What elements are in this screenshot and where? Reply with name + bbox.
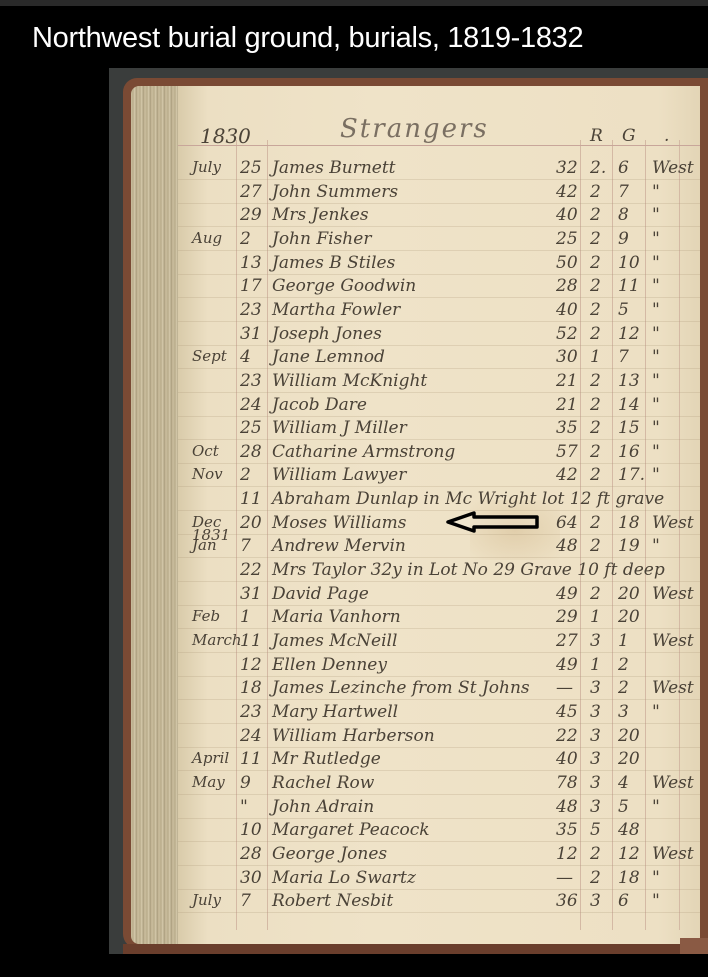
- entry-month: April: [192, 751, 229, 766]
- entry-name: Mrs Taylor 32y in Lot No 29 Grave 10 ft …: [272, 562, 665, 579]
- entry-grave: 15: [618, 420, 640, 437]
- entry-day: 23: [240, 704, 262, 721]
- entry-name: Maria Vanhorn: [272, 609, 401, 626]
- entry-age: 48: [556, 799, 578, 816]
- column-rule-month: [236, 140, 237, 930]
- ruled-line: [178, 534, 700, 535]
- entry-age: 25: [556, 231, 578, 248]
- entry-row: 3: [590, 775, 601, 792]
- entry-section: West: [652, 775, 694, 792]
- ruled-line: [178, 628, 700, 629]
- entry-name: Mary Hartwell: [272, 704, 398, 721]
- entry-row: 3: [590, 633, 601, 650]
- entry-grave: 2: [618, 657, 629, 674]
- entry-row: 3: [590, 893, 601, 910]
- entry-grave: 11: [618, 278, 640, 295]
- page-title: Northwest burial ground, burials, 1819-1…: [32, 22, 583, 55]
- entry-day: 11: [240, 751, 262, 768]
- entry-grave: 4: [618, 775, 629, 792]
- ruled-line: [178, 486, 700, 487]
- column-label-extra: .: [664, 128, 669, 145]
- entry-section: ": [652, 255, 660, 272]
- entry-age: 40: [556, 751, 578, 768]
- entry-age: 49: [556, 586, 578, 603]
- entry-month: May: [192, 775, 225, 790]
- ruled-line: [178, 581, 700, 582]
- entry-section: ": [652, 799, 660, 816]
- entry-name: William J Miller: [272, 420, 407, 437]
- entry-section: ": [652, 870, 660, 887]
- entry-age: 28: [556, 278, 578, 295]
- entry-day: 25: [240, 160, 262, 177]
- entry-day: 13: [240, 255, 262, 272]
- entry-name: Margaret Peacock: [272, 822, 430, 839]
- entry-section: ": [652, 397, 660, 414]
- entry-grave: 7: [618, 349, 629, 366]
- year-heading: 1830: [200, 126, 251, 146]
- entry-row: 2: [590, 373, 601, 390]
- column-rule-row: [612, 140, 613, 930]
- ruled-line: [178, 179, 700, 180]
- entry-age: 30: [556, 349, 578, 366]
- column-label-row: R: [590, 128, 603, 145]
- entry-row: 2: [590, 255, 601, 272]
- entry-age: 22: [556, 728, 578, 745]
- column-label-grave: G: [622, 128, 636, 145]
- entry-row: 2: [590, 302, 601, 319]
- entry-day: 11: [240, 633, 262, 650]
- entry-row: 1: [590, 657, 601, 674]
- entry-age: 45: [556, 704, 578, 721]
- entry-grave: 8: [618, 207, 629, 224]
- entry-day: 20: [240, 515, 262, 532]
- entry-name: George Goodwin: [272, 278, 416, 295]
- ruled-line: [178, 416, 700, 417]
- entry-section: ": [652, 184, 660, 201]
- book-cover-bottom: [123, 944, 708, 954]
- entry-row: 1: [590, 349, 601, 366]
- entry-section: ": [652, 349, 660, 366]
- entry-age: 32: [556, 160, 578, 177]
- entry-name: William Harberson: [272, 728, 435, 745]
- entry-grave: 19: [618, 538, 640, 555]
- entry-grave: 5: [618, 799, 629, 816]
- entry-section: West: [652, 680, 694, 697]
- ruled-line: [178, 250, 700, 251]
- ruled-line: [178, 463, 700, 464]
- entry-age: 21: [556, 373, 578, 390]
- entry-name: James McNeill: [272, 633, 397, 650]
- entry-row: 2: [590, 586, 601, 603]
- entry-name: John Summers: [272, 184, 398, 201]
- entry-grave: 12: [618, 326, 640, 343]
- entry-age: 64: [556, 515, 578, 532]
- ruled-line: [178, 557, 700, 558]
- entry-month: Feb: [192, 609, 220, 624]
- ruled-line: [178, 345, 700, 346]
- entry-name: James Burnett: [272, 160, 396, 177]
- ruled-line: [178, 841, 700, 842]
- entry-day: 12: [240, 657, 262, 674]
- page-edges: [131, 86, 179, 944]
- entry-age: 49: [556, 657, 578, 674]
- ruled-line: [178, 818, 700, 819]
- entry-section: ": [652, 278, 660, 295]
- ruled-line: [178, 723, 700, 724]
- entry-grave: 48: [618, 822, 640, 839]
- entry-age: 78: [556, 775, 578, 792]
- entry-row: 2: [590, 467, 601, 484]
- entry-name: Jane Lemnod: [272, 349, 385, 366]
- entry-day: 10: [240, 822, 262, 839]
- entry-grave: 17.: [618, 467, 645, 484]
- entry-section: West: [652, 586, 694, 603]
- ruled-line: [178, 865, 700, 866]
- entry-row: 2: [590, 231, 601, 248]
- entry-row: 2: [590, 184, 601, 201]
- entry-day: 7: [240, 893, 251, 910]
- entry-name: William Lawyer: [272, 467, 406, 484]
- entry-day: 7: [240, 538, 251, 555]
- entry-grave: 16: [618, 444, 640, 461]
- ruled-line: [178, 794, 700, 795]
- entry-age: 21: [556, 397, 578, 414]
- entry-age: —: [556, 680, 573, 697]
- entry-age: 29: [556, 609, 578, 626]
- entry-section: ": [652, 538, 660, 555]
- entry-day: 24: [240, 397, 262, 414]
- entry-section: ": [652, 444, 660, 461]
- entry-row: 2: [590, 420, 601, 437]
- entry-grave: 1: [618, 633, 629, 650]
- ruled-line: [178, 226, 700, 227]
- entry-name: Jacob Dare: [272, 397, 367, 414]
- entry-month: Oct: [192, 444, 219, 459]
- entry-grave: 2: [618, 680, 629, 697]
- entry-month: Dec: [192, 515, 221, 530]
- entry-age: 35: [556, 420, 578, 437]
- ruled-line: [178, 699, 700, 700]
- entry-section: ": [652, 467, 660, 484]
- section-heading: Strangers: [340, 116, 489, 142]
- column-rule-day: [267, 140, 268, 930]
- entry-grave: 9: [618, 231, 629, 248]
- entry-grave: 3: [618, 704, 629, 721]
- entry-section: ": [652, 231, 660, 248]
- entry-age: 52: [556, 326, 578, 343]
- entry-month: July: [192, 160, 221, 175]
- entry-section: West: [652, 846, 694, 863]
- ruled-line: [178, 274, 700, 275]
- entry-age: 35: [556, 822, 578, 839]
- entry-day: 30: [240, 870, 262, 887]
- entry-name: Catharine Armstrong: [272, 444, 455, 461]
- entry-day: 24: [240, 728, 262, 745]
- entry-day: 27: [240, 184, 262, 201]
- entry-month: July: [192, 893, 221, 908]
- entry-row: 2: [590, 278, 601, 295]
- entry-row: 2: [590, 444, 601, 461]
- entry-day: 2: [240, 467, 251, 484]
- entry-name: Moses Williams: [272, 515, 406, 532]
- entry-day: ": [240, 799, 248, 816]
- entry-row: 2: [590, 870, 601, 887]
- entry-row: 2: [590, 846, 601, 863]
- page-corner: [680, 938, 708, 954]
- entry-month: Nov: [192, 467, 223, 482]
- entry-name: Rachel Row: [272, 775, 374, 792]
- entry-day: 28: [240, 846, 262, 863]
- entry-row: 2.: [590, 160, 606, 177]
- entry-section: ": [652, 420, 660, 437]
- ruled-line: [178, 321, 700, 322]
- entry-row: 3: [590, 680, 601, 697]
- entry-name: Joseph Jones: [272, 326, 382, 343]
- entry-age: 27: [556, 633, 578, 650]
- entry-grave: 18: [618, 515, 640, 532]
- entry-name: Abraham Dunlap in Mc Wright lot 12 ft gr…: [272, 491, 664, 508]
- entry-day: 4: [240, 349, 251, 366]
- entry-day: 23: [240, 373, 262, 390]
- entry-grave: 6: [618, 893, 629, 910]
- entry-name: Maria Lo Swartz: [272, 870, 416, 887]
- entry-day: 25: [240, 420, 262, 437]
- entry-age: 40: [556, 302, 578, 319]
- entry-row: 2: [590, 538, 601, 555]
- entry-day: 31: [240, 326, 262, 343]
- entry-section: West: [652, 160, 694, 177]
- column-rule-age: [580, 140, 581, 930]
- entry-grave: 20: [618, 609, 640, 626]
- column-rule-section: [679, 140, 680, 930]
- entry-row: 3: [590, 704, 601, 721]
- entry-grave: 7: [618, 184, 629, 201]
- entry-grave: 18: [618, 870, 640, 887]
- ruled-line: [178, 912, 700, 913]
- entry-grave: 20: [618, 728, 640, 745]
- entry-age: —: [556, 870, 573, 887]
- ruled-line: [178, 439, 700, 440]
- entry-grave: 10: [618, 255, 640, 272]
- ruled-line: [178, 889, 700, 890]
- entry-name: John Fisher: [272, 231, 371, 248]
- entry-section: ": [652, 893, 660, 910]
- entry-name: John Adrain: [272, 799, 374, 816]
- entry-age: 40: [556, 207, 578, 224]
- ruled-line: [178, 605, 700, 606]
- entry-age: 50: [556, 255, 578, 272]
- entry-day: 11: [240, 491, 262, 508]
- entry-row: 1: [590, 609, 601, 626]
- entry-name: Robert Nesbit: [272, 893, 393, 910]
- ruled-line: [178, 297, 700, 298]
- top-bar: [0, 0, 708, 6]
- ruled-line: [178, 510, 700, 511]
- entry-day: 22: [240, 562, 262, 579]
- entry-section: ": [652, 326, 660, 343]
- entry-month: Aug: [192, 231, 222, 246]
- entry-age: 42: [556, 467, 578, 484]
- entry-grave: 20: [618, 751, 640, 768]
- entry-section: ": [652, 704, 660, 721]
- left-arrow-icon: [446, 510, 540, 534]
- entry-name: James Lezinche from St Johns: [272, 680, 530, 697]
- entry-name: Mrs Jenkes: [272, 207, 369, 224]
- entry-row: 2: [590, 207, 601, 224]
- entry-age: 36: [556, 893, 578, 910]
- entry-row: 2: [590, 515, 601, 532]
- entry-name: Martha Fowler: [272, 302, 400, 319]
- entry-name: George Jones: [272, 846, 387, 863]
- entry-age: 12: [556, 846, 578, 863]
- entry-grave: 6: [618, 160, 629, 177]
- entry-day: 18: [240, 680, 262, 697]
- entry-grave: 5: [618, 302, 629, 319]
- ruled-line: [178, 676, 700, 677]
- entry-row: 2: [590, 397, 601, 414]
- entry-age: 57: [556, 444, 578, 461]
- entry-row: 5: [590, 822, 601, 839]
- entry-name: Ellen Denney: [272, 657, 387, 674]
- entry-section: West: [652, 633, 694, 650]
- entry-day: 23: [240, 302, 262, 319]
- entry-month: Sept: [192, 349, 227, 364]
- entry-day: 1: [240, 609, 251, 626]
- entry-section: ": [652, 207, 660, 224]
- ruled-line: [178, 652, 700, 653]
- entry-section: West: [652, 515, 694, 532]
- entry-section: ": [652, 302, 660, 319]
- entry-name: James B Stiles: [272, 255, 395, 272]
- entry-day: 31: [240, 586, 262, 603]
- entry-name: Mr Rutledge: [272, 751, 381, 768]
- ruled-line: [178, 770, 700, 771]
- entry-day: 29: [240, 207, 262, 224]
- ruled-line: [178, 747, 700, 748]
- entry-grave: 12: [618, 846, 640, 863]
- entry-row: 2: [590, 326, 601, 343]
- entry-name: William McKnight: [272, 373, 427, 390]
- entry-name: David Page: [272, 586, 369, 603]
- entry-age: 42: [556, 184, 578, 201]
- entry-grave: 13: [618, 373, 640, 390]
- ruled-line: [178, 392, 700, 393]
- entry-day: 2: [240, 231, 251, 248]
- entry-age: 48: [556, 538, 578, 555]
- ruled-line: [178, 368, 700, 369]
- entry-section: ": [652, 373, 660, 390]
- entry-day: 17: [240, 278, 262, 295]
- entry-name: Andrew Mervin: [272, 538, 406, 555]
- entry-month: March: [192, 633, 242, 648]
- column-rule-grave: [645, 140, 646, 930]
- entry-row: 3: [590, 799, 601, 816]
- ruled-line: [178, 203, 700, 204]
- entry-month: Jan: [192, 538, 217, 553]
- entry-grave: 14: [618, 397, 640, 414]
- entry-row: 3: [590, 751, 601, 768]
- entry-day: 9: [240, 775, 251, 792]
- entry-row: 3: [590, 728, 601, 745]
- entry-grave: 20: [618, 586, 640, 603]
- entry-day: 28: [240, 444, 262, 461]
